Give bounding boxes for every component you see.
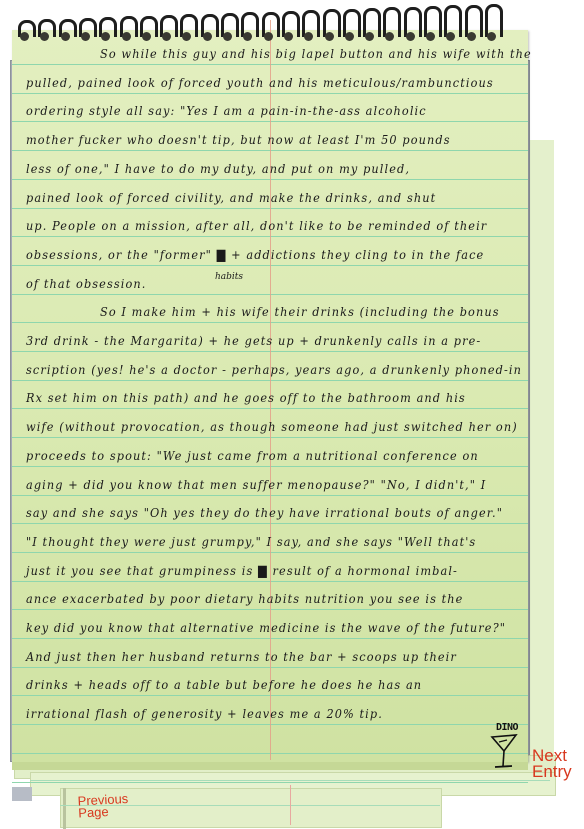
- handwritten-line: pulled, pained look of forced youth and …: [26, 76, 526, 90]
- handwritten-line: key did you know that alternative medici…: [26, 622, 526, 636]
- punch-hole: [122, 32, 131, 41]
- punch-hole: [243, 32, 252, 41]
- margin-line: [270, 20, 271, 760]
- punch-hole: [426, 32, 435, 41]
- punch-hole: [406, 32, 415, 41]
- handwritten-line: of that obsession.: [26, 277, 526, 291]
- punch-hole: [304, 32, 313, 41]
- handwritten-line: So I make him + his wife their drinks (i…: [100, 306, 584, 320]
- page-edge: [63, 788, 66, 829]
- handwritten-line: So while this guy and his big lapel butt…: [100, 48, 584, 62]
- spiral-binding: [0, 0, 584, 40]
- handwritten-line: just it you see that grumpiness is ▇ res…: [26, 564, 526, 578]
- handwritten-line: ordering style all say: "Yes I am a pain…: [26, 105, 526, 119]
- punch-hole: [40, 32, 49, 41]
- punch-hole: [264, 32, 273, 41]
- handwritten-line: aging + did you know that men suffer men…: [26, 478, 526, 492]
- next-entry-link[interactable]: Next Entry: [532, 748, 576, 780]
- handwritten-line: up. People on a mission, after all, don'…: [26, 220, 526, 234]
- punch-hole: [467, 32, 476, 41]
- martini-glass-icon: [490, 733, 518, 771]
- punch-hole: [487, 32, 496, 41]
- punch-hole: [182, 32, 191, 41]
- punch-hole: [142, 32, 151, 41]
- handwritten-line: scription (yes! he's a doctor - perhaps,…: [26, 363, 526, 377]
- previous-page-label: Previous Page: [77, 792, 138, 820]
- punch-hole: [20, 32, 29, 41]
- previous-page-link[interactable]: Previous Page: [77, 792, 138, 820]
- handwritten-line: wife (without provocation, as though som…: [26, 421, 526, 435]
- punch-hole: [223, 32, 232, 41]
- ruled-line: [12, 782, 528, 783]
- punch-hole: [162, 32, 171, 41]
- handwritten-line: proceeds to spout: "We just came from a …: [26, 449, 526, 463]
- punch-hole: [365, 32, 374, 41]
- handwritten-line: Rx set him on this path) and he goes off…: [26, 392, 526, 406]
- punch-hole: [345, 32, 354, 41]
- handwritten-line: drinks + heads off to a table but before…: [26, 679, 526, 693]
- handwritten-line: pained look of forced civility, and make…: [26, 191, 526, 205]
- insertion-note: habits: [215, 272, 243, 282]
- handwritten-line: And just then her husband returns to the…: [26, 650, 526, 664]
- under-margin-line: [290, 785, 291, 825]
- punch-hole: [325, 32, 334, 41]
- handwritten-line: mother fucker who doesn't tip, but now a…: [26, 134, 526, 148]
- handwritten-line: irrational flash of generosity + leaves …: [26, 708, 526, 722]
- punch-hole: [101, 32, 110, 41]
- handwritten-line: ance exacerbated by poor dietary habits …: [26, 593, 526, 607]
- punch-hole: [203, 32, 212, 41]
- signature: DINO: [496, 722, 518, 733]
- punch-hole: [385, 32, 394, 41]
- punch-hole: [61, 32, 70, 41]
- next-entry-label: Next Entry: [532, 748, 576, 780]
- punch-hole: [446, 32, 455, 41]
- handwritten-line: less of one," I have to do my duty, and …: [26, 162, 526, 176]
- notepad-page-edge: [12, 762, 528, 770]
- punch-hole: [81, 32, 90, 41]
- handwritten-line: say and she says "Oh yes they do they ha…: [26, 507, 526, 521]
- under-page-right-edge: [530, 140, 554, 760]
- punch-hole: [284, 32, 293, 41]
- handwritten-line: "I thought they were just grumpy," I say…: [26, 536, 526, 550]
- cover-corner: [12, 787, 32, 801]
- handwritten-line: obsessions, or the "former" ▇ + addictio…: [26, 249, 526, 263]
- handwritten-line: 3rd drink - the Margarita) + he gets up …: [26, 335, 526, 349]
